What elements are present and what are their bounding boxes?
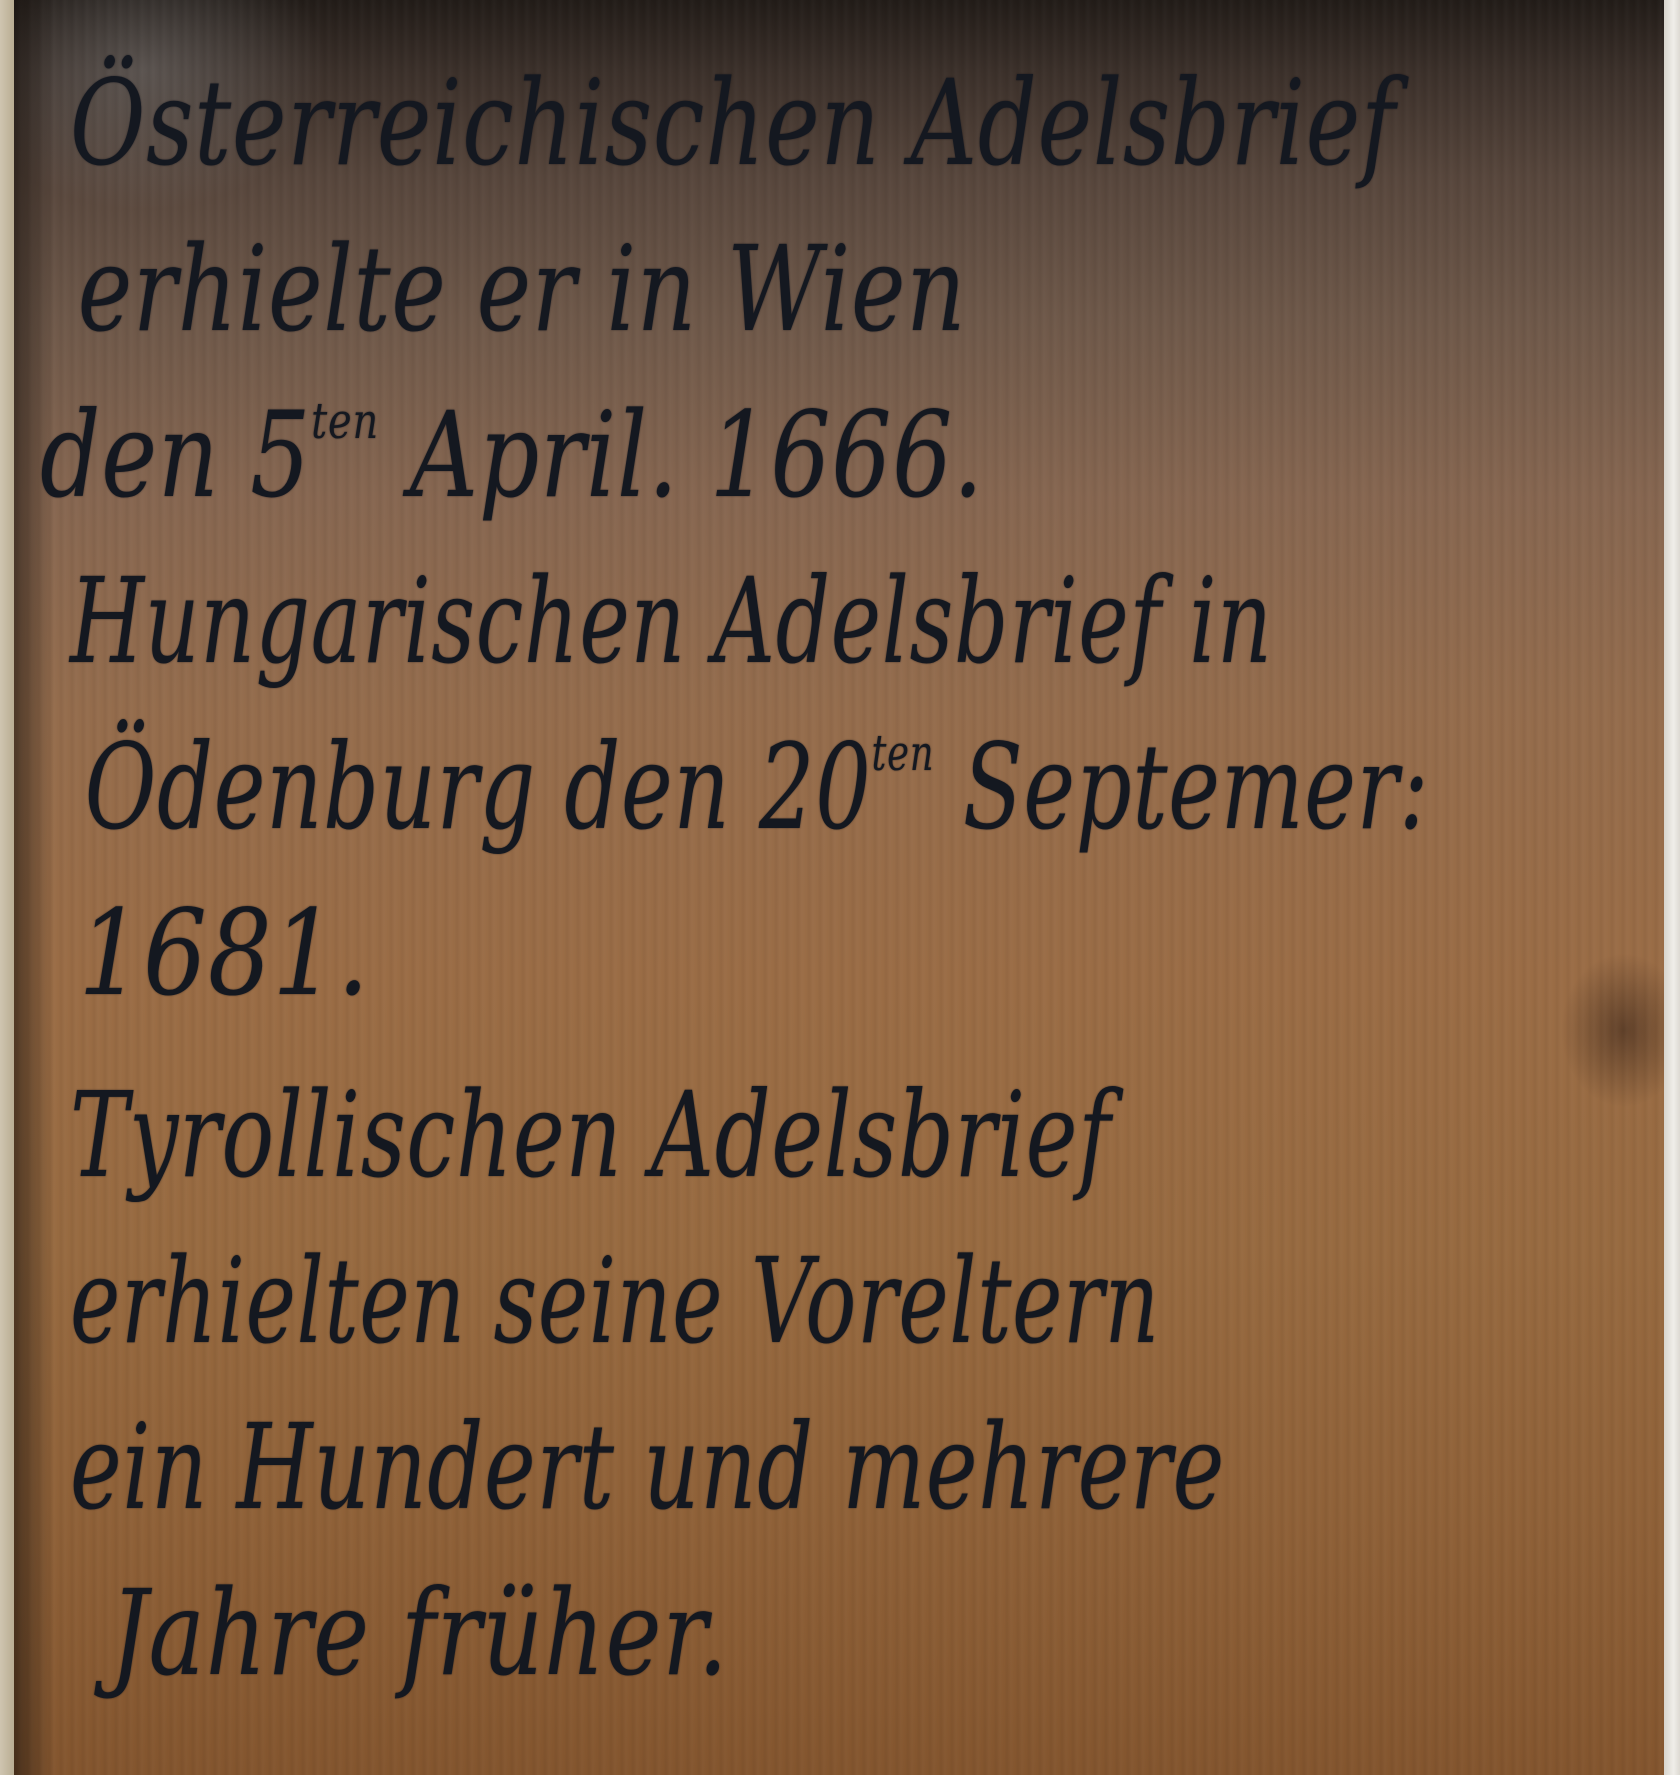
inscription-line-2: erhielte er in Wien [70,206,1287,372]
document-photo: Österreichischen Adelsbrief erhielte er … [0,0,1680,1775]
date-day: den 5 [40,386,311,524]
date-month-year: April. 1666. [410,386,984,524]
frame-left-edge [0,0,14,1775]
frame-right-edge [1664,0,1680,1775]
inscription-line-6: 1681. [70,870,1396,1036]
inscription-line-1: Österreichischen Adelsbrief [70,40,1287,206]
inscription-line-8: erhielten seine Voreltern [70,1218,1193,1384]
handwritten-inscription: Österreichischen Adelsbrief erhielte er … [70,40,1630,1716]
ordinal-suffix: ten [872,724,935,782]
place-and-day: Ödenburg den 20 [85,718,872,856]
ordinal-suffix: ten [311,392,379,450]
inscription-line-9: ein Hundert und mehrere [70,1384,1224,1550]
inscription-line-4: Hungarischen Adelsbrief in [70,538,1193,704]
inscription-line-10: Jahre früher. [70,1550,1318,1716]
inscription-line-7: Tyrollischen Adelsbrief [70,1052,1224,1218]
board-shadow [14,0,54,1775]
date-month: Septemer: [963,718,1429,856]
inscription-line-3: den 5ten April. 1666. [40,372,1312,538]
inscription-line-5: Ödenburg den 20ten Septemer: [70,704,1224,870]
